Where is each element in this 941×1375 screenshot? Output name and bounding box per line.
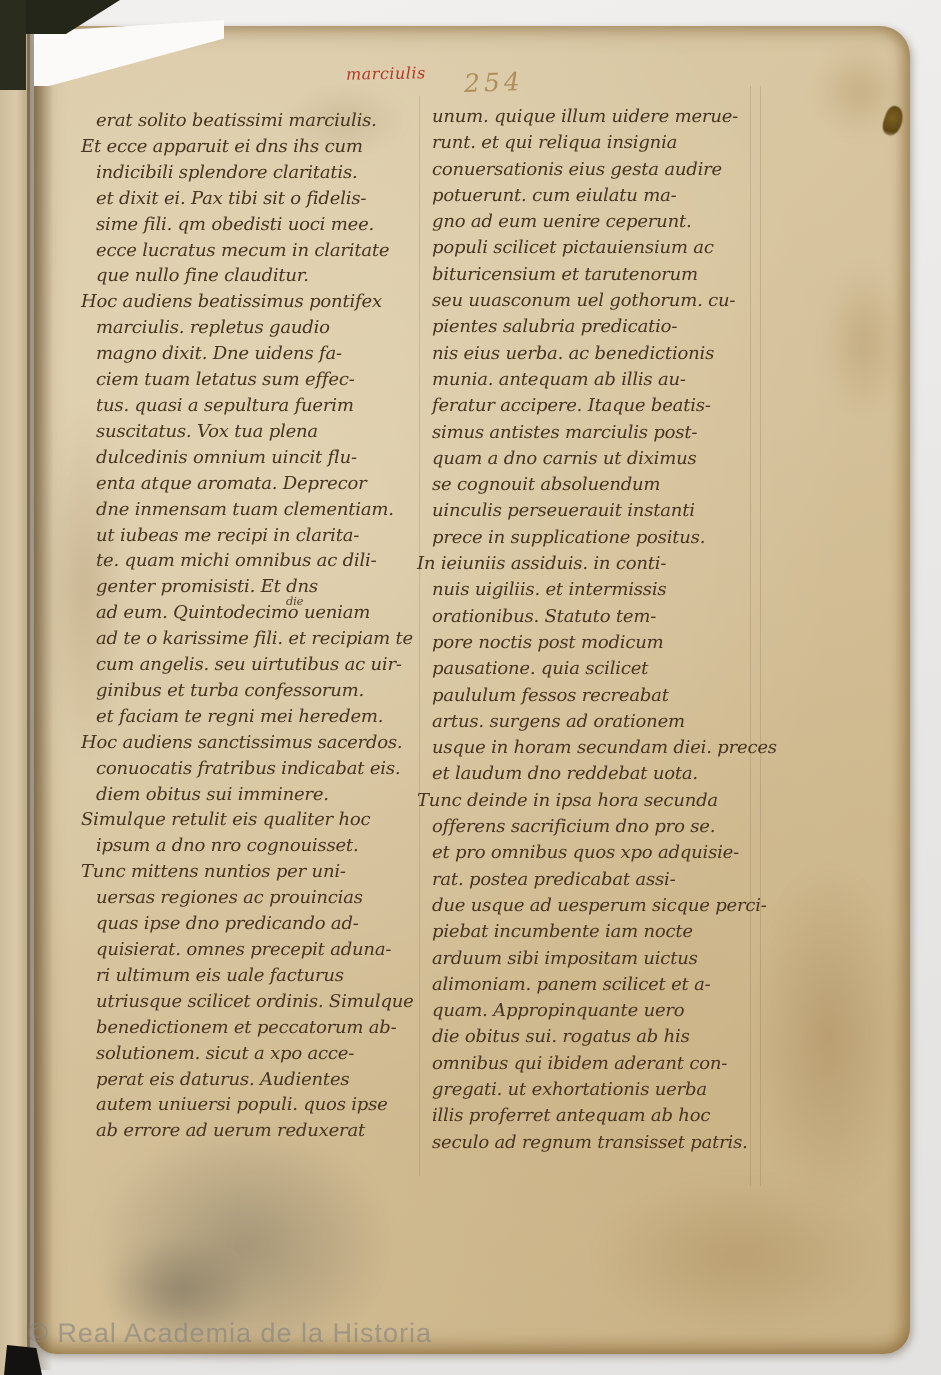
- manuscript-line: que nullo fine clauditur.: [96, 263, 418, 289]
- ruling-line: [419, 96, 420, 1176]
- manuscript-line: Et ecce apparuit ei dns ihs cum: [81, 134, 418, 160]
- manuscript-line: pientes salubria predicatio-: [432, 314, 750, 340]
- manuscript-line: tus. quasi a sepultura fuerim: [96, 393, 418, 419]
- manuscript-line: artus. surgens ad orationem: [432, 709, 750, 735]
- manuscript-line: autem uniuersi populi. quos ipse: [96, 1092, 418, 1118]
- chapter-rubric: marciulis: [346, 63, 426, 83]
- manuscript-line: et faciam te regni mei heredem.: [96, 704, 418, 730]
- manuscript-line: ciem tuam letatus sum effec-: [96, 367, 418, 393]
- ruling-line: [750, 86, 751, 1186]
- manuscript-line: gregati. ut exhortationis uerba: [432, 1077, 750, 1103]
- manuscript-line: Simulque retulit eis qualiter hoc: [81, 807, 418, 833]
- binding-dark-edge: [0, 0, 26, 90]
- manuscript-line: te. quam michi omnibus ac dili-: [96, 548, 418, 574]
- manuscript-line: Hoc audiens sanctissimus sacerdos.: [81, 730, 418, 756]
- manuscript-line: feratur accipere. Itaque beatis-: [432, 393, 750, 419]
- manuscript-line: munia. antequam ab illis au-: [432, 367, 750, 393]
- manuscript-line: orationibus. Statuto tem-: [432, 604, 750, 630]
- manuscript-line: gno ad eum uenire ceperunt.: [432, 209, 750, 235]
- manuscript-line: uinculis perseuerauit instanti: [432, 498, 750, 524]
- manuscript-line: erat solito beatissimi marciulis.: [96, 108, 418, 134]
- manuscript-line: quas ipse dno predicando ad-: [96, 911, 418, 937]
- manuscript-line: genter promisisti. Et dns: [96, 574, 418, 600]
- manuscript-line: dulcedinis omnium uincit flu-: [96, 445, 418, 471]
- manuscript-line: suscitatus. Vox tua plena: [96, 419, 418, 445]
- manuscript-line: Hoc audiens beatissimus pontifex: [81, 289, 418, 315]
- manuscript-line: dne inmensam tuam clementiam.: [96, 497, 418, 523]
- manuscript-line: simus antistes marciulis post-: [432, 420, 750, 446]
- manuscript-line: In ieiuniis assiduis. in conti-: [417, 551, 750, 577]
- leather-strap: [4, 1345, 42, 1375]
- manuscript-line: die obitus sui. rogatus ab his: [432, 1024, 750, 1050]
- manuscript-line: uersas regiones ac prouincias: [96, 885, 418, 911]
- manuscript-line: Tunc mittens nuntios per uni-: [81, 859, 418, 885]
- manuscript-line: magno dixit. Dne uidens fa-: [96, 341, 418, 367]
- manuscript-line: ri ultimum eis uale facturus: [96, 963, 418, 989]
- manuscript-line: ecce lucratus mecum in claritate: [96, 238, 418, 264]
- manuscript-line: pausatione. quia scilicet: [432, 656, 750, 682]
- manuscript-line: piebat incumbente iam nocte: [432, 919, 750, 945]
- manuscript-line: benedictionem et peccatorum ab-: [96, 1015, 418, 1041]
- manuscript-line: ut iubeas me recipi in clarita-: [96, 523, 418, 549]
- manuscript-line: arduum sibi impositam uictus: [432, 946, 750, 972]
- manuscript-line: conuersationis eius gesta audire: [432, 157, 750, 183]
- ruling-line: [760, 86, 761, 1186]
- previous-folio-edge: [0, 18, 30, 1375]
- manuscript-line: enta atque aromata. Deprecor: [96, 471, 418, 497]
- interlinear-note: die: [286, 589, 303, 615]
- stain-blotch: [824, 266, 904, 416]
- manuscript-line: prece in supplicatione positus.: [432, 525, 750, 551]
- manuscript-line: quam. Appropinquante uero: [432, 998, 750, 1024]
- manuscript-line: ad eum. Quintodecimo ueniamdie: [96, 600, 418, 626]
- manuscript-line: nis eius uerba. ac benedictionis: [432, 341, 750, 367]
- manuscript-photo: marciulis 254 erat solito beatissimi mar…: [0, 0, 941, 1375]
- manuscript-line: runt. et qui reliqua insignia: [432, 130, 750, 156]
- text-column-right: unum. quique illum uidere merue-runt. et…: [432, 104, 750, 1156]
- manuscript-line: Tunc deinde in ipsa hora secunda: [417, 788, 750, 814]
- manuscript-line: bituricensium et tarutenorum: [432, 262, 750, 288]
- manuscript-line: indicibili splendore claritatis.: [96, 160, 418, 186]
- manuscript-line: ab errore ad uerum reduxerat: [96, 1118, 418, 1144]
- text-column-left: erat solito beatissimi marciulis.Et ecce…: [96, 108, 418, 1144]
- manuscript-line: offerens sacrificium dno pro se.: [432, 814, 750, 840]
- manuscript-line: potuerunt. cum eiulatu ma-: [432, 183, 750, 209]
- binding-gutter-shadow: [27, 20, 53, 1370]
- manuscript-line: sime fili. qm obedisti uoci mee.: [96, 212, 418, 238]
- manuscript-line: usque in horam secundam diei. preces: [432, 735, 750, 761]
- manuscript-line: alimoniam. panem scilicet et a-: [432, 972, 750, 998]
- manuscript-line: quisierat. omnes precepit aduna-: [96, 937, 418, 963]
- manuscript-line: cum angelis. seu uirtutibus ac uir-: [96, 652, 418, 678]
- copyright-watermark: © Real Academia de la Historia: [28, 1318, 432, 1349]
- stain-blotch: [754, 866, 904, 1206]
- manuscript-line: conuocatis fratribus indicabat eis.: [96, 756, 418, 782]
- manuscript-line: utriusque scilicet ordinis. Simulque: [96, 989, 418, 1015]
- manuscript-line: seculo ad regnum transisset patris.: [432, 1130, 750, 1156]
- manuscript-line: et pro omnibus quos xpo adquisie-: [432, 840, 750, 866]
- manuscript-line: illis proferret antequam ab hoc: [432, 1103, 750, 1129]
- manuscript-line: quam a dno carnis ut diximus: [432, 446, 750, 472]
- manuscript-line: perat eis daturus. Audientes: [96, 1067, 418, 1093]
- manuscript-line: marciulis. repletus gaudio: [96, 315, 418, 341]
- manuscript-line: ad te o karissime fili. et recipiam te: [96, 626, 418, 652]
- manuscript-line: seu uuasconum uel gothorum. cu-: [432, 288, 750, 314]
- manuscript-line: et laudum dno reddebat uota.: [432, 761, 750, 787]
- folio-number: 254: [464, 67, 525, 98]
- manuscript-line: unum. quique illum uidere merue-: [432, 104, 750, 130]
- manuscript-line: nuis uigiliis. et intermissis: [432, 577, 750, 603]
- manuscript-line: se cognouit absoluendum: [432, 472, 750, 498]
- manuscript-line: rat. postea predicabat assi-: [432, 867, 750, 893]
- manuscript-line: omnibus qui ibidem aderant con-: [432, 1051, 750, 1077]
- manuscript-line: ginibus et turba confessorum.: [96, 678, 418, 704]
- manuscript-line: populi scilicet pictauiensium ac: [432, 235, 750, 261]
- stain-blotch: [594, 1176, 884, 1336]
- manuscript-line: paululum fessos recreabat: [432, 683, 750, 709]
- manuscript-line: solutionem. sicut a xpo acce-: [96, 1041, 418, 1067]
- manuscript-line: et dixit ei. Pax tibi sit o fidelis-: [96, 186, 418, 212]
- manuscript-line: diem obitus sui imminere.: [96, 782, 418, 808]
- manuscript-line: pore noctis post modicum: [432, 630, 750, 656]
- manuscript-line: ipsum a dno nro cognouisset.: [96, 833, 418, 859]
- manuscript-line: due usque ad uesperum sicque perci-: [432, 893, 750, 919]
